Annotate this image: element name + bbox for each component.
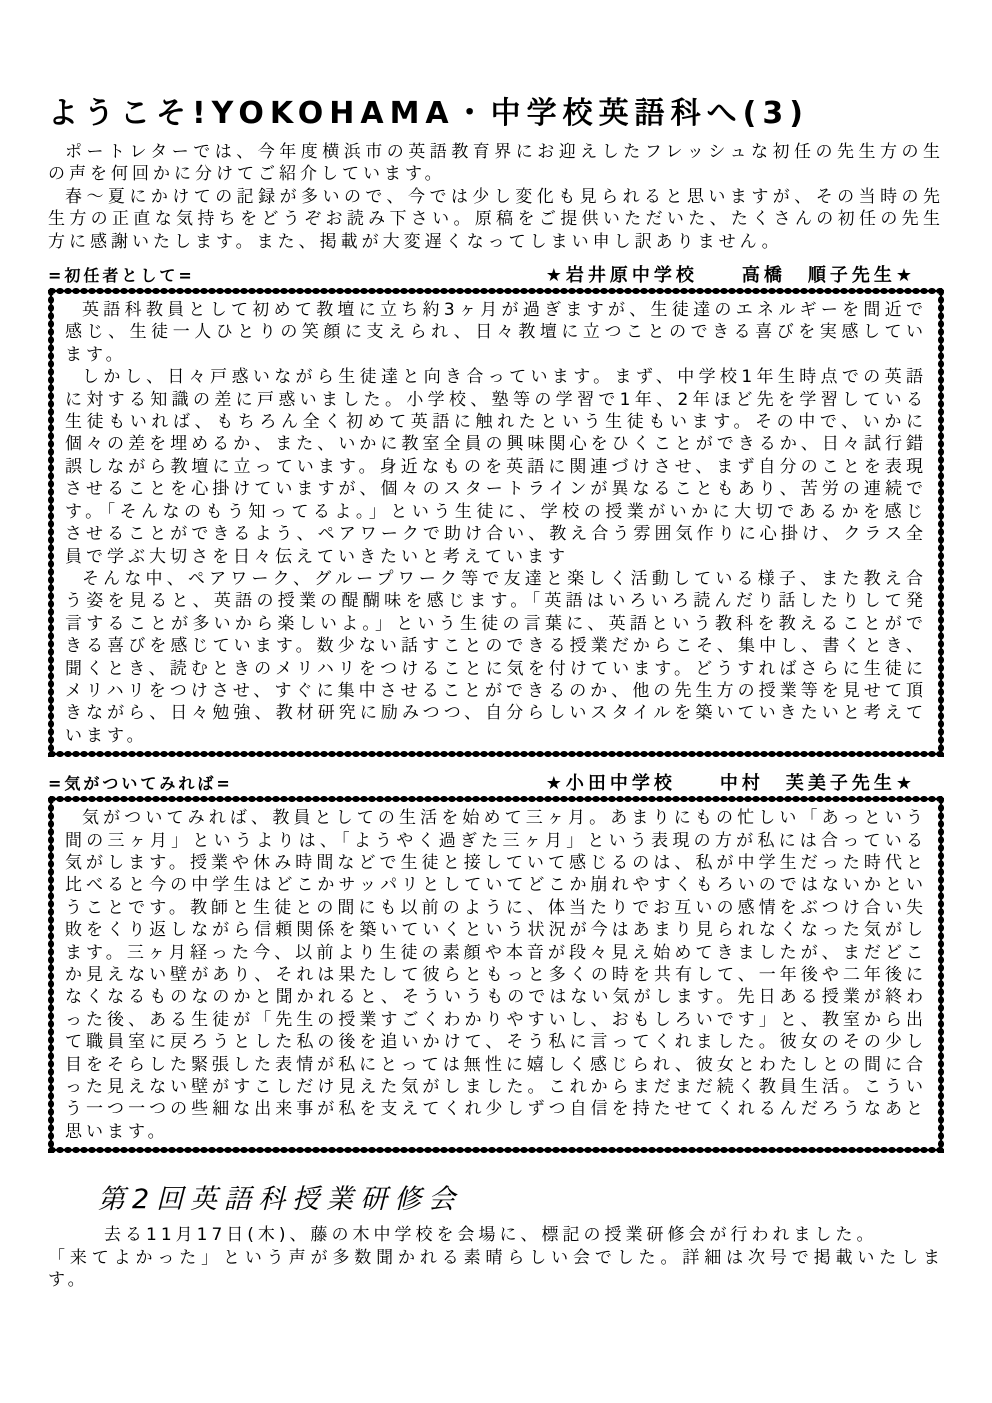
announcement-section: 第2回英語科授業研修会 去る11月17日(木)、藤の木中学校を会場に、標記の授業…	[48, 1177, 944, 1291]
section2-header: =気がついてみれば= ★小田中学校 中村 芙美子先生★	[48, 769, 944, 795]
section1-article-box: 英語科教員として初めて教壇に立ち約3ヶ月が過ぎますが、生徒達のエネルギーを間近で…	[48, 288, 944, 757]
section1-paragraph-2: しかし、日々戸惑いながら生徒達と向き合っています。まず、中学校1年生時点での英語…	[65, 366, 927, 568]
intro-paragraph-2: 春〜夏にかけての記録が多いので、今では少し変化も見られると思いますが、その当時の…	[48, 186, 944, 253]
page-title: ようこそ!YOKOHAMA・中学校英語科へ(3)	[48, 88, 944, 132]
announcement-heading: 第2回英語科授業研修会	[98, 1177, 944, 1216]
section2-article-box: 気がついてみれば、教員としての生活を始めて三ヶ月。あまりにもの忙しい「あっという…	[48, 796, 944, 1153]
section1-label: =初任者として=	[48, 263, 195, 286]
section1-paragraph-3: そんな中、ペアワーク、グループワーク等で友達と楽しく活動している様子、また教え合…	[65, 568, 927, 747]
section2-paragraph-1: 気がついてみれば、教員としての生活を始めて三ヶ月。あまりにもの忙しい「あっという…	[65, 807, 927, 1143]
section1-header: =初任者として= ★岩井原中学校 高橋 順子先生★	[48, 261, 944, 287]
intro-paragraph-1: ポートレターでは、今年度横浜市の英語教育界にお迎えしたフレッシュな初任の先生方の…	[48, 141, 944, 186]
section1-byline: ★岩井原中学校 高橋 順子先生★	[546, 261, 944, 287]
announcement-line-2: 「来てよかった」という声が多数聞かれる素晴らしい会でした。詳細は次号で掲載いたし…	[48, 1247, 944, 1292]
section2-label: =気がついてみれば=	[48, 771, 233, 794]
section2-byline: ★小田中学校 中村 芙美子先生★	[546, 769, 944, 795]
section1-paragraph-1: 英語科教員として初めて教壇に立ち約3ヶ月が過ぎますが、生徒達のエネルギーを間近で…	[65, 299, 927, 366]
announcement-line-1: 去る11月17日(木)、藤の木中学校を会場に、標記の授業研修会が行われました。	[48, 1224, 944, 1246]
newsletter-page: ようこそ!YOKOHAMA・中学校英語科へ(3) ポートレターでは、今年度横浜市…	[0, 0, 992, 1403]
